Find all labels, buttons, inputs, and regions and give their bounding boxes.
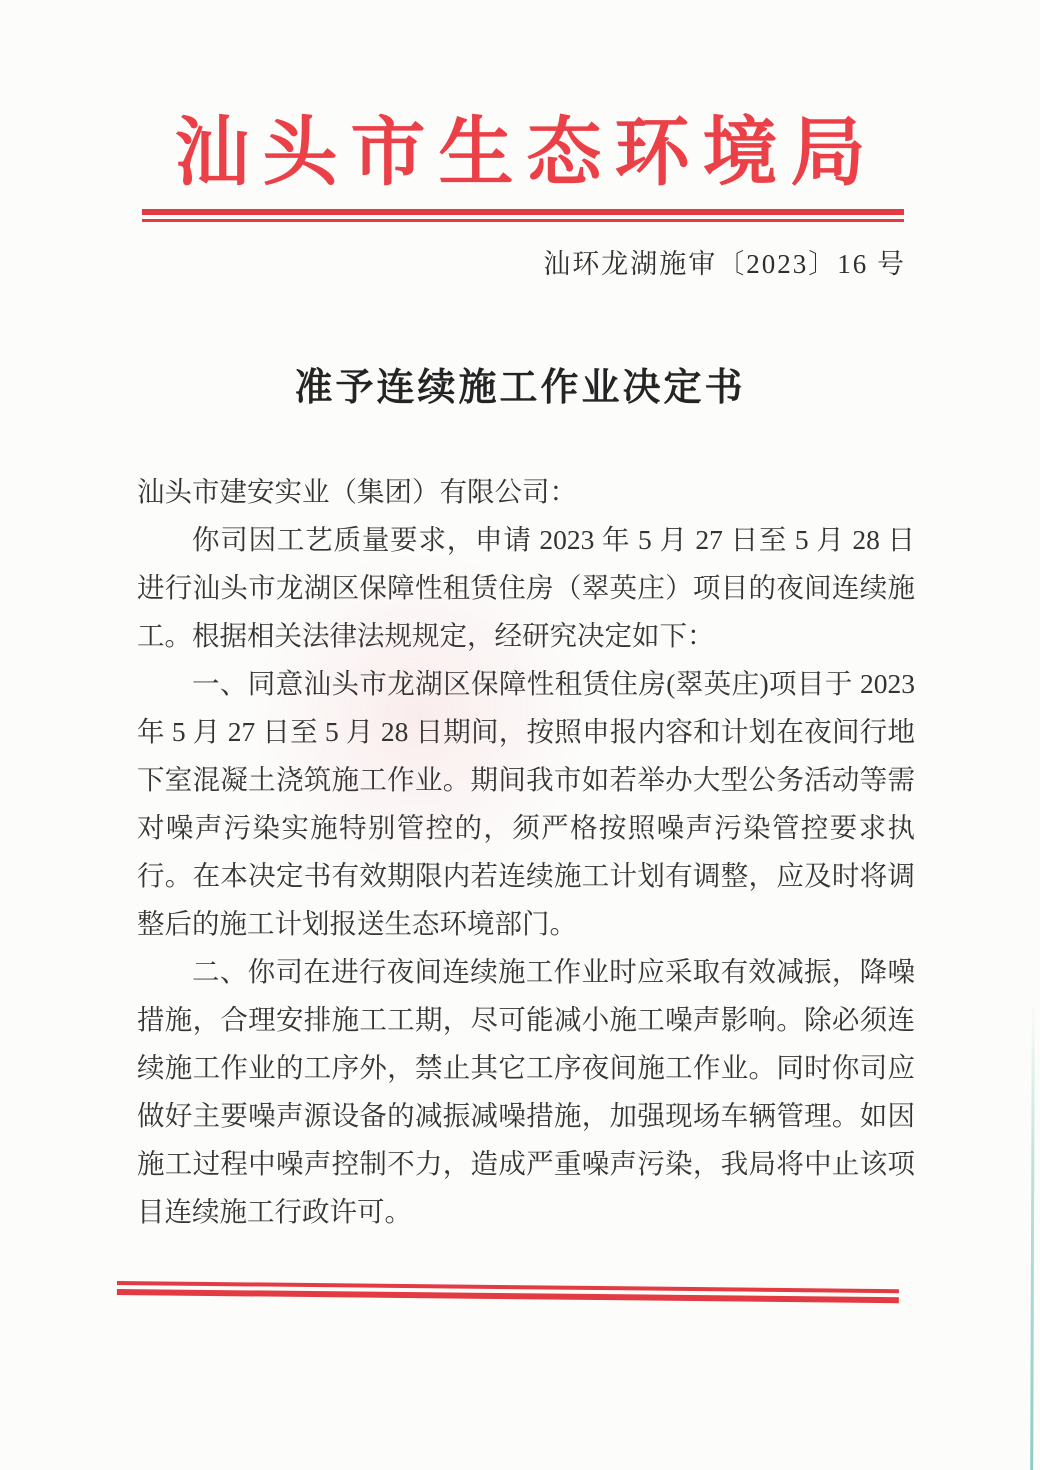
body-paragraph-3: 二、你司在进行夜间连续施工作业时应采取有效减振，降噪措施，合理安排施工工期，尽可…	[137, 948, 915, 1236]
document-number: 汕环龙湖施审〔2023〕16 号	[543, 246, 906, 282]
body-paragraph-1: 你司因工艺质量要求，申请 2023 年 5 月 27 日至 5 月 28 日进行…	[137, 516, 915, 660]
body-paragraph-2: 一、同意汕头市龙湖区保障性租赁住房(翠英庄)项目于 2023 年 5 月 27 …	[137, 660, 915, 948]
letterhead-rule-thin	[142, 219, 904, 222]
addressee-line: 汕头市建安实业（集团）有限公司：	[137, 468, 915, 516]
letterhead-rule	[142, 209, 904, 222]
document-title: 准予连续施工作业决定书	[0, 356, 1040, 411]
document-page: 汕头市生态环境局 汕环龙湖施审〔2023〕16 号 准予连续施工作业决定书 汕头…	[0, 0, 1040, 1470]
document-body: 汕头市建安实业（集团）有限公司： 你司因工艺质量要求，申请 2023 年 5 月…	[137, 468, 915, 1236]
scan-page-edge-line	[1030, 1002, 1035, 1470]
agency-name: 汕头市生态环境局	[0, 104, 1040, 204]
footer-rule	[117, 1281, 899, 1303]
